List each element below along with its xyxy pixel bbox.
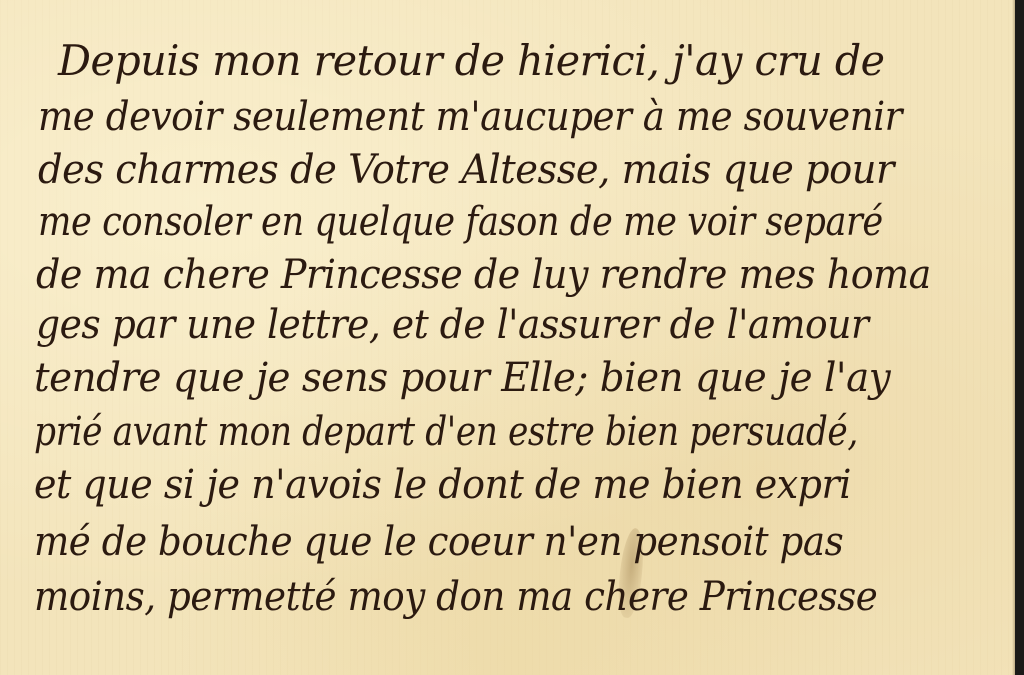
letter-line-2: me devoir seulement m'aucuper à me souve… xyxy=(38,97,902,137)
letter-line-1: Depuis mon retour de hierici, j'ay cru d… xyxy=(58,40,885,82)
scan-border xyxy=(1015,0,1024,675)
manuscript-page: Depuis mon retour de hierici, j'ay cru d… xyxy=(0,0,1024,675)
letter-line-11: moins, permetté moy don ma chere Princes… xyxy=(34,577,877,617)
letter-line-4: me consoler en quelque fason de me voir … xyxy=(38,202,883,242)
letter-line-10: mé de bouche que le coeur n'en pensoit p… xyxy=(34,522,843,562)
letter-line-7: tendre que je sens pour Elle; bien que j… xyxy=(34,358,890,398)
letter-body: Depuis mon retour de hierici, j'ay cru d… xyxy=(0,0,1015,675)
letter-line-3: des charmes de Votre Altesse, mais que p… xyxy=(38,150,894,190)
letter-line-5: de ma chere Princesse de luy rendre mes … xyxy=(36,255,931,295)
letter-line-9: et que si je n'avois le dont de me bien … xyxy=(34,465,851,505)
letter-line-6: ges par une lettre, et de l'assurer de l… xyxy=(36,305,868,345)
letter-line-8: prié avant mon depart d'en estre bien pe… xyxy=(34,412,858,452)
